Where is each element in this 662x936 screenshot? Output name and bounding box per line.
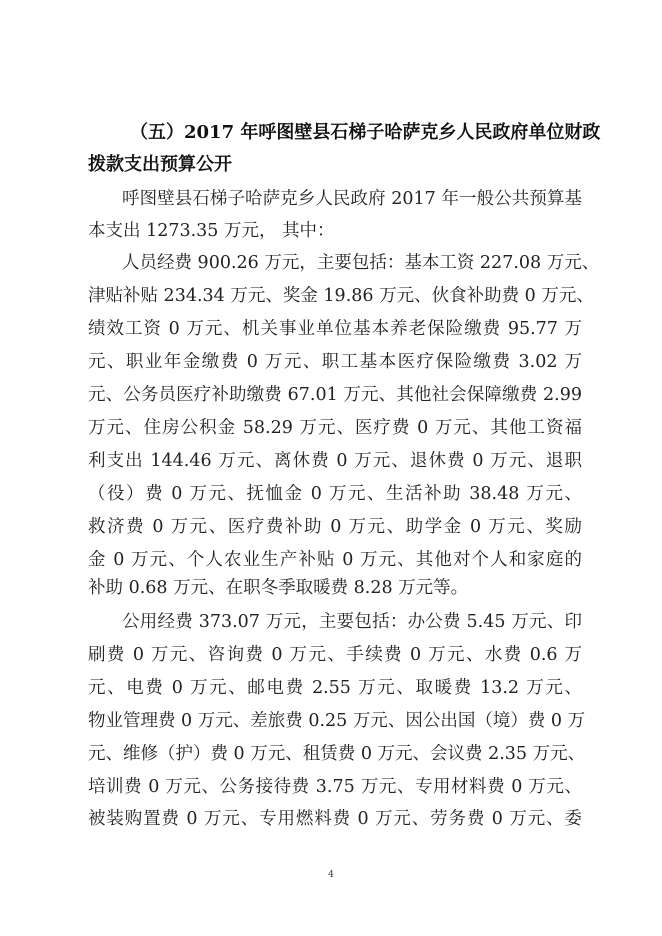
personnel-line-3: 绩效工资 0 万元、机关事业单位基本养老保险缴费 95.77 万 xyxy=(88,314,582,344)
section-heading-line-1: （五）2017 年呼图壁县石梯子哈萨克乡人民政府单位财政 xyxy=(130,118,582,148)
public-line-6: 培训费 0 万元、公务接待费 3.75 万元、专用材料费 0 万元、 xyxy=(88,772,582,802)
public-line-4: 物业管理费 0 万元、差旅费 0.25 万元、因公出国（境）费 0 万 xyxy=(88,706,582,736)
personnel-line-11: 补助 0.68 万元、在职冬季取暖费 8.28 万元等。 xyxy=(88,573,582,603)
page-number: 4 xyxy=(0,870,662,880)
personnel-line-10: 金 0 万元、个人农业生产补贴 0 万元、其他对个人和家庭的 xyxy=(88,545,582,575)
public-line-1: 公用经费 373.07 万元，主要包括：办公费 5.45 万元、印 xyxy=(122,607,582,637)
intro-line-2: 本支出 1273.35 万元， 其中： xyxy=(88,216,582,246)
personnel-line-4: 元、职业年金缴费 0 万元、职工基本医疗保险缴费 3.02 万 xyxy=(88,347,582,377)
public-line-7: 被装购置费 0 万元、专用燃料费 0 万元、劳务费 0 万元、委 xyxy=(88,804,582,834)
personnel-line-1: 人员经费 900.26 万元，主要包括：基本工资 227.08 万元、 xyxy=(122,248,582,278)
section-heading-line-2: 拨款支出预算公开 xyxy=(88,150,582,180)
document-page: （五）2017 年呼图壁县石梯子哈萨克乡人民政府单位财政 拨款支出预算公开 呼图… xyxy=(0,0,662,936)
personnel-line-7: 利支出 144.46 万元、离休费 0 万元、退休费 0 万元、退职 xyxy=(88,446,582,476)
personnel-line-6: 万元、住房公积金 58.29 万元、医疗费 0 万元、其他工资福 xyxy=(88,413,582,443)
public-line-3: 元、电费 0 万元、邮电费 2.55 万元、取暖费 13.2 万元、 xyxy=(88,673,582,703)
personnel-line-2: 津贴补贴 234.34 万元、奖金 19.86 万元、伙食补助费 0 万元、 xyxy=(88,281,582,311)
public-line-5: 元、维修（护）费 0 万元、租赁费 0 万元、会议费 2.35 万元、 xyxy=(88,739,582,769)
personnel-line-9: 救济费 0 万元、医疗费补助 0 万元、助学金 0 万元、奖励 xyxy=(88,512,582,542)
public-line-2: 刷费 0 万元、咨询费 0 万元、手续费 0 万元、水费 0.6 万 xyxy=(88,640,582,670)
intro-line-1: 呼图壁县石梯子哈萨克乡人民政府 2017 年一般公共预算基 xyxy=(122,184,582,214)
personnel-line-8: （役）费 0 万元、抚恤金 0 万元、生活补助 38.48 万元、 xyxy=(88,479,582,509)
personnel-line-5: 元、公务员医疗补助缴费 67.01 万元、其他社会保障缴费 2.99 xyxy=(88,380,582,410)
